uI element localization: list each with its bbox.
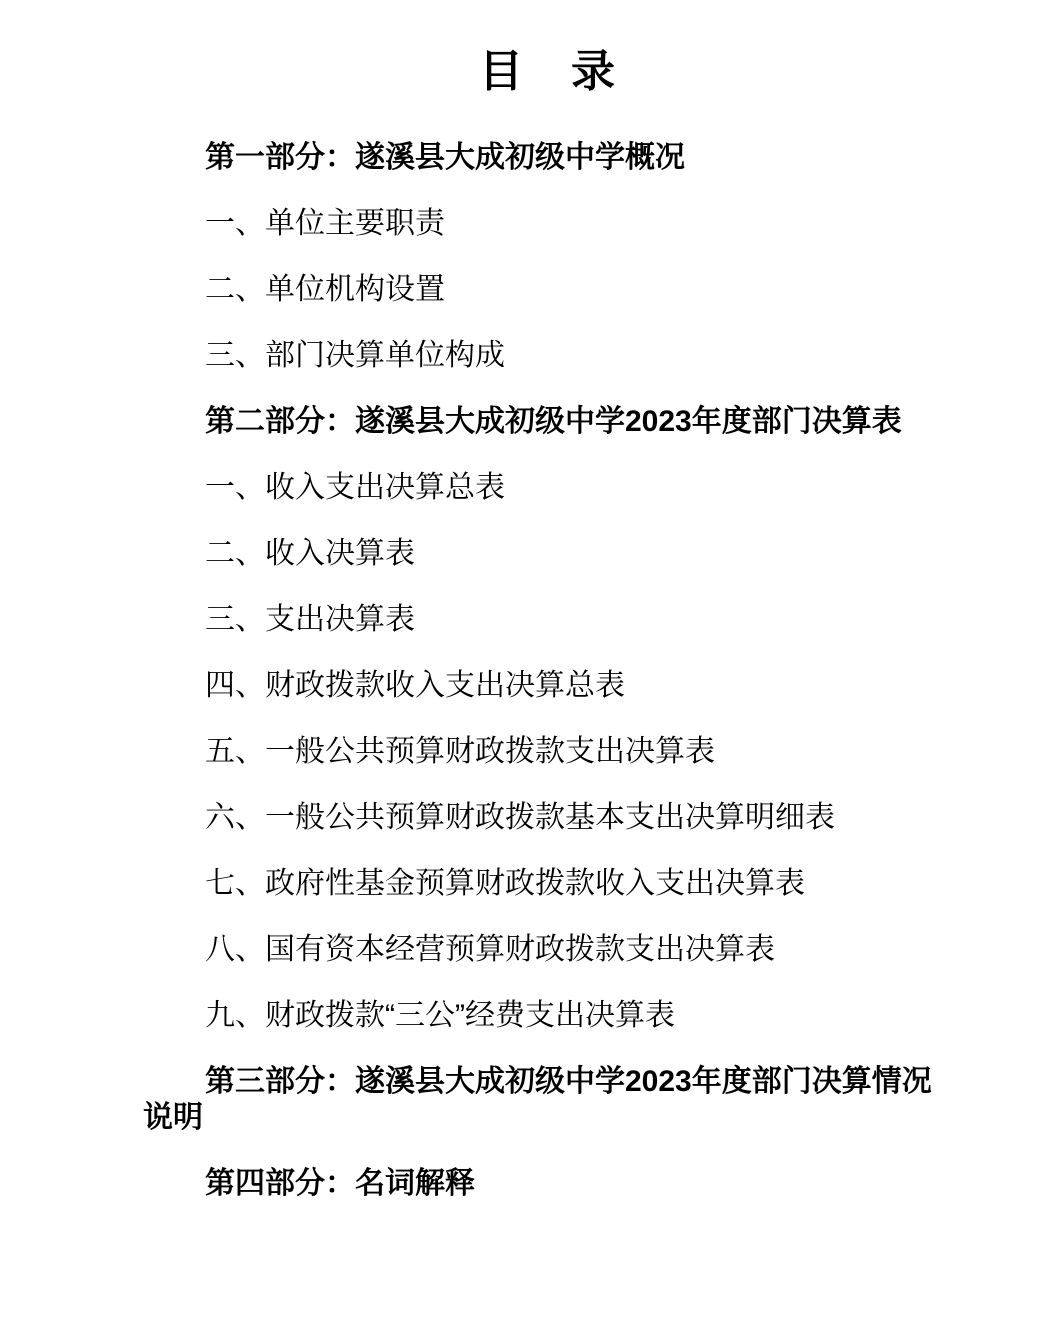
toc-entry: 二、单位机构设置 — [143, 272, 953, 308]
page-title: 目 录 — [143, 46, 953, 98]
toc-entry: 三、支出决算表 — [143, 602, 953, 638]
document-page: 目 录 第一部分：遂溪县大成初级中学概况一、单位主要职责二、单位机构设置三、部门… — [0, 0, 1049, 1327]
toc-section-heading: 第二部分：遂溪县大成初级中学2023年度部门决算表 — [143, 404, 953, 440]
toc-entry: 三、部门决算单位构成 — [143, 338, 953, 374]
toc-section-heading: 第一部分：遂溪县大成初级中学概况 — [143, 140, 953, 176]
toc-list: 第一部分：遂溪县大成初级中学概况一、单位主要职责二、单位机构设置三、部门决算单位… — [143, 140, 953, 1202]
toc-section-heading: 第四部分：名词解释 — [143, 1166, 953, 1202]
toc-entry: 七、政府性基金预算财政拨款收入支出决算表 — [143, 866, 953, 902]
toc-entry: 四、财政拨款收入支出决算总表 — [143, 668, 953, 704]
toc-entry: 一、单位主要职责 — [143, 206, 953, 242]
toc-entry: 九、财政拨款“三公”经费支出决算表 — [143, 998, 953, 1034]
toc-entry: 六、一般公共预算财政拨款基本支出决算明细表 — [143, 800, 953, 836]
toc-entry: 五、一般公共预算财政拨款支出决算表 — [143, 734, 953, 770]
toc-section-heading: 第三部分：遂溪县大成初级中学2023年度部门决算情况说明 — [143, 1064, 953, 1136]
toc-entry: 二、收入决算表 — [143, 536, 953, 572]
toc-entry: 一、收入支出决算总表 — [143, 470, 953, 506]
toc-entry: 八、国有资本经营预算财政拨款支出决算表 — [143, 932, 953, 968]
